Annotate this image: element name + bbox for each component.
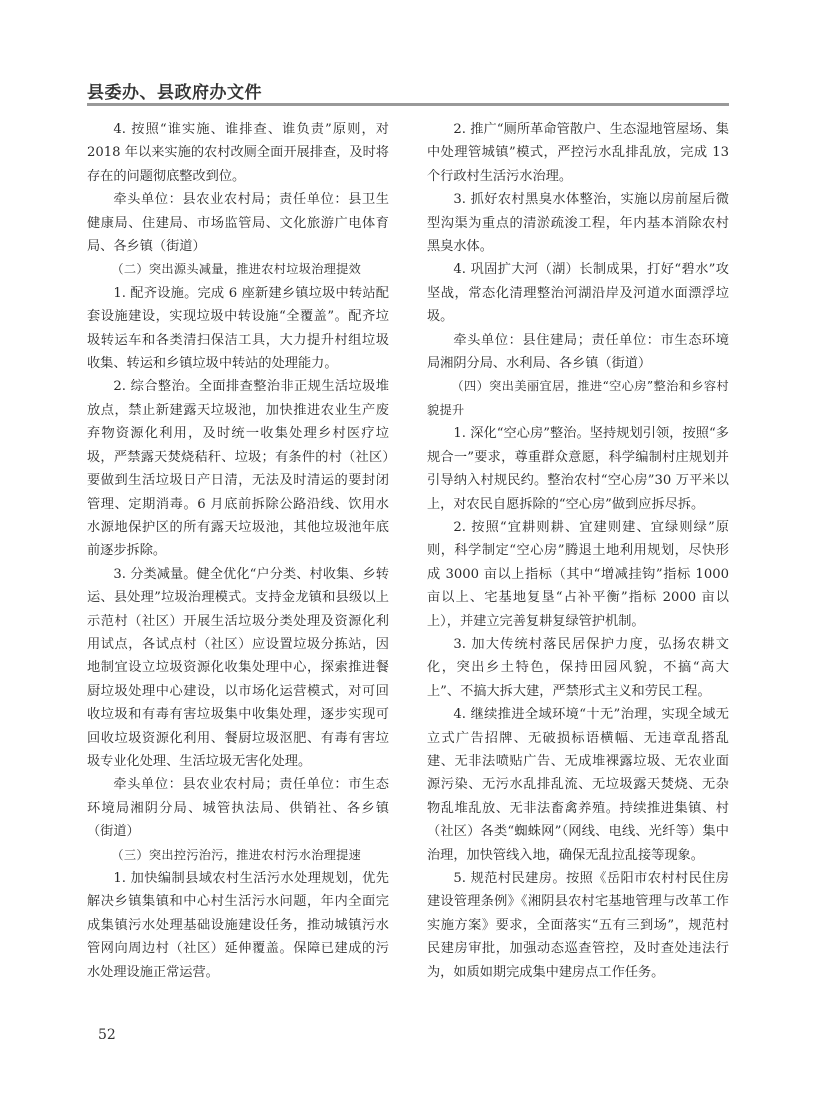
right-column: 2. 推广“厕所革命管散户、生态湿地管屋场、集中处理管城镇”模式，严控污水乱排乱… — [427, 118, 729, 984]
responsible-units: 牵头单位：县住建局；责任单位：市生态环境局湘阴分局、水利局、各乡镇（街道） — [427, 329, 729, 376]
page-number: 52 — [98, 1027, 116, 1043]
responsible-units: 牵头单位：县农业农村局；责任单位：县卫生健康局、住建局、市场监管局、文化旅游广电… — [87, 188, 389, 258]
section-heading: （四）突出美丽宜居，推进“空心房”整治和乡容村貌提升 — [427, 375, 729, 422]
section-heading: （二）突出源头减量，推进农村垃圾治理提效 — [87, 258, 389, 281]
paragraph: 1. 配齐设施。完成 6 座新建乡镇垃圾中转站配套设施建设，实现垃圾中转设施“全… — [87, 282, 389, 376]
section-heading: （三）突出控污治污，推进农村污水治理提速 — [87, 844, 389, 867]
responsible-units: 牵头单位：县农业农村局；责任单位：市生态环境局湘阴分局、城管执法局、供销社、各乡… — [87, 773, 389, 843]
paragraph: 2. 推广“厕所革命管散户、生态湿地管屋场、集中处理管城镇”模式，严控污水乱排乱… — [427, 118, 729, 188]
paragraph: 3. 分类减量。健全优化“户分类、村收集、乡转运、县处理”垃圾治理模式。支持金龙… — [87, 563, 389, 774]
paragraph: 4. 巩固扩大河（湖）长制成果，打好“碧水”攻坚战，常态化清理整治河湖沿岸及河道… — [427, 258, 729, 328]
left-column: 4. 按照“谁实施、谁排查、谁负责”原则，对 2018 年以来实施的农村改厕全面… — [87, 118, 389, 984]
paragraph: 3. 加大传统村落民居保护力度，弘扬农耕文化，突出乡土特色，保持田园风貌，不搞“… — [427, 633, 729, 703]
paragraph: 5. 规范村民建房。按照《岳阳市农村村民住房建设管理条例》《湘阴县农村宅基地管理… — [427, 867, 729, 984]
paragraph: 2. 按照“宜耕则耕、宜建则建、宜绿则绿”原则，科学制定“空心房”腾退土地利用规… — [427, 516, 729, 633]
paragraph: 4. 按照“谁实施、谁排查、谁负责”原则，对 2018 年以来实施的农村改厕全面… — [87, 118, 389, 188]
running-header-title: 县委办、县政府办文件 — [87, 78, 262, 103]
paragraph: 1. 深化“空心房”整治。坚持规划引领，按照“多规合一”要求，尊重群众意愿，科学… — [427, 422, 729, 516]
paragraph: 1. 加快编制县域农村生活污水处理规划，优先解决乡镇集镇和中心村生活污水问题，年… — [87, 867, 389, 984]
paragraph: 4. 继续推进全域环境“十无”治理，实现全域无立式广告招牌、无破损标语横幅、无违… — [427, 703, 729, 867]
header-rule-divider — [87, 103, 729, 106]
paragraph: 2. 综合整治。全面排查整治非正规生活垃圾堆放点，禁止新建露天垃圾池，加快推进农… — [87, 375, 389, 562]
paragraph: 3. 抓好农村黑臭水体整治，实施以房前屋后微型沟渠为重点的清淤疏浚工程，年内基本… — [427, 188, 729, 258]
